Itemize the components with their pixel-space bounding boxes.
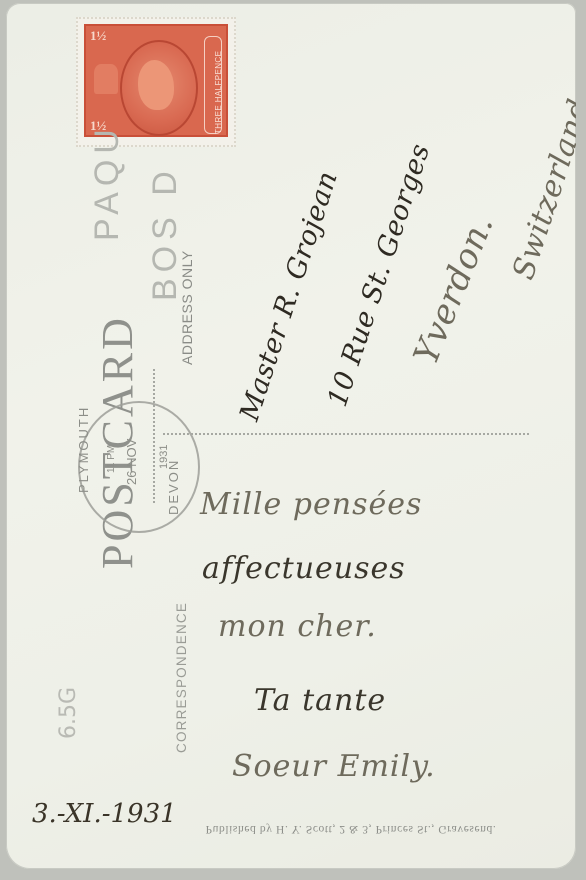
- address-line-4: Switzerland: [506, 95, 576, 284]
- address-only-label: ADDRESS ONLY: [179, 250, 195, 365]
- correspondence-label: CORRESPONDENCE: [174, 602, 189, 753]
- stamp-frame: 1½ 1½ THREE HALFPENCE: [84, 24, 228, 137]
- postmark-county: DEVON: [166, 459, 181, 515]
- stamp-denomination-top: 1½: [90, 28, 106, 44]
- portrait-head-icon: [138, 60, 174, 110]
- vertical-divider: [153, 369, 155, 503]
- horizontal-divider: [163, 433, 529, 435]
- message-line-2: affectueuses: [202, 551, 406, 586]
- paquebot-overprint-top: PAQU: [88, 123, 127, 241]
- address-line-3: Yverdon.: [406, 209, 502, 370]
- postcard-back: 1½ 1½ THREE HALFPENCE PAQU BOS D ADDRESS…: [6, 3, 576, 869]
- postmark-town: PLYMOUTH: [76, 406, 91, 493]
- message-line-4: Ta tante: [254, 683, 386, 718]
- postmark-circle: [78, 401, 200, 533]
- crown-icon: [94, 64, 118, 94]
- publisher-line: Published by H. Y. Scott, 2 & 3, Princes…: [154, 823, 548, 835]
- king-portrait: [120, 40, 198, 136]
- message-line-3: mon cher.: [218, 609, 377, 644]
- pencil-note: 6.5G: [56, 687, 81, 739]
- postmark-time: 11 PM: [106, 445, 117, 473]
- message-line-1: Mille pensées: [200, 487, 422, 522]
- stamp-value-text: THREE HALFPENCE: [214, 51, 223, 134]
- message-line-5: Soeur Emily.: [232, 749, 436, 784]
- postmark-date: 26 NOV: [124, 439, 139, 485]
